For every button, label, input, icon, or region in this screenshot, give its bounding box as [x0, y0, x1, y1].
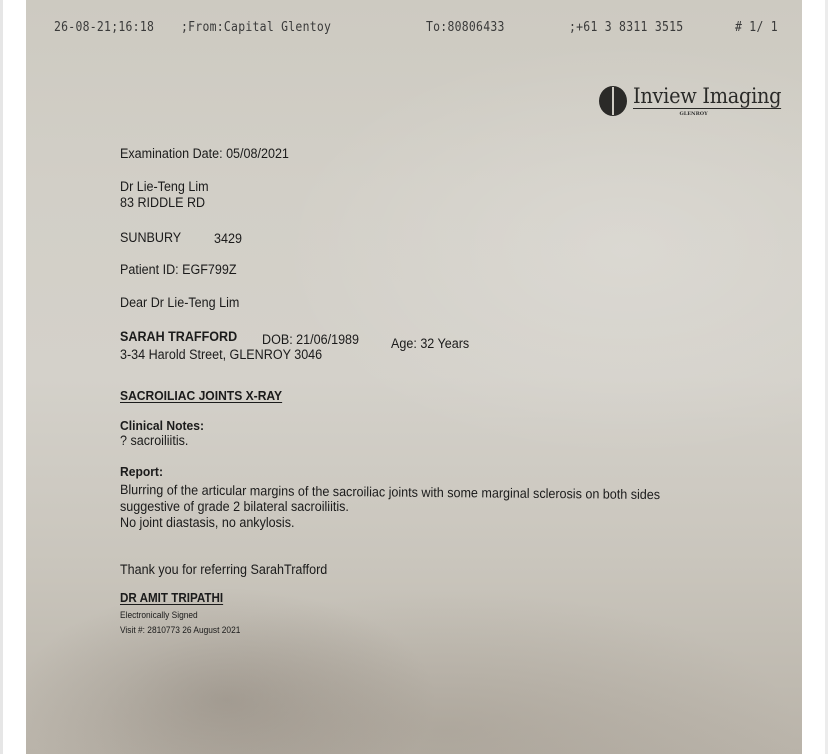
clinical-notes: ? sacroiliitis.	[120, 433, 188, 448]
thank-you-note: Thank you for referring SarahTrafford	[120, 562, 327, 577]
patient-age: Age: 32 Years	[391, 336, 469, 351]
clinical-notes-label: Clinical Notes:	[120, 418, 204, 433]
fax-datetime: 26-08-21;16:18	[54, 20, 154, 35]
fax-document-photo: 26-08-21;16:18 ;From:Capital Glentoy To:…	[26, 0, 802, 754]
brain-icon	[599, 86, 627, 116]
logo-subtitle: GLENROY	[679, 111, 707, 117]
patient-address: 3-34 Harold Street, GLENROY 3046	[120, 347, 322, 362]
suburb: SUNBURY	[120, 230, 181, 245]
report-line: No joint diastasis, no ankylosis.	[120, 515, 294, 530]
inview-imaging-logo: Inview Imaging GLENROY	[599, 84, 794, 117]
left-border	[0, 0, 3, 754]
doctor-address: 83 RIDDLE RD	[120, 195, 205, 210]
report-line: suggestive of grade 2 bilateral sacroili…	[120, 499, 349, 514]
fax-to: To:80806433	[426, 20, 505, 35]
salutation: Dear Dr Lie-Teng Lim	[120, 295, 239, 310]
fax-page-count: # 1/ 1	[735, 20, 778, 35]
visit-number: Visit #: 2810773 26 August 2021	[120, 625, 240, 635]
fax-from: ;From:Capital Glentoy	[181, 20, 331, 35]
referring-doctor: Dr Lie-Teng Lim	[120, 179, 209, 194]
logo-name: Inview Imaging	[633, 84, 781, 109]
fax-phone: ;+61 3 8311 3515	[569, 20, 683, 35]
report-label: Report:	[120, 464, 163, 479]
patient-dob: DOB: 21/06/1989	[262, 332, 359, 347]
postcode: 3429	[214, 231, 242, 246]
patient-name: SARAH TRAFFORD	[120, 329, 237, 344]
patient-id: Patient ID: EGF799Z	[120, 262, 237, 277]
exam-title: SACROILIAC JOINTS X-RAY	[120, 388, 282, 403]
signature-status: Electronically Signed	[120, 610, 198, 620]
examination-date: Examination Date: 05/08/2021	[120, 146, 289, 161]
signatory-name: DR AMIT TRIPATHI	[120, 591, 223, 605]
